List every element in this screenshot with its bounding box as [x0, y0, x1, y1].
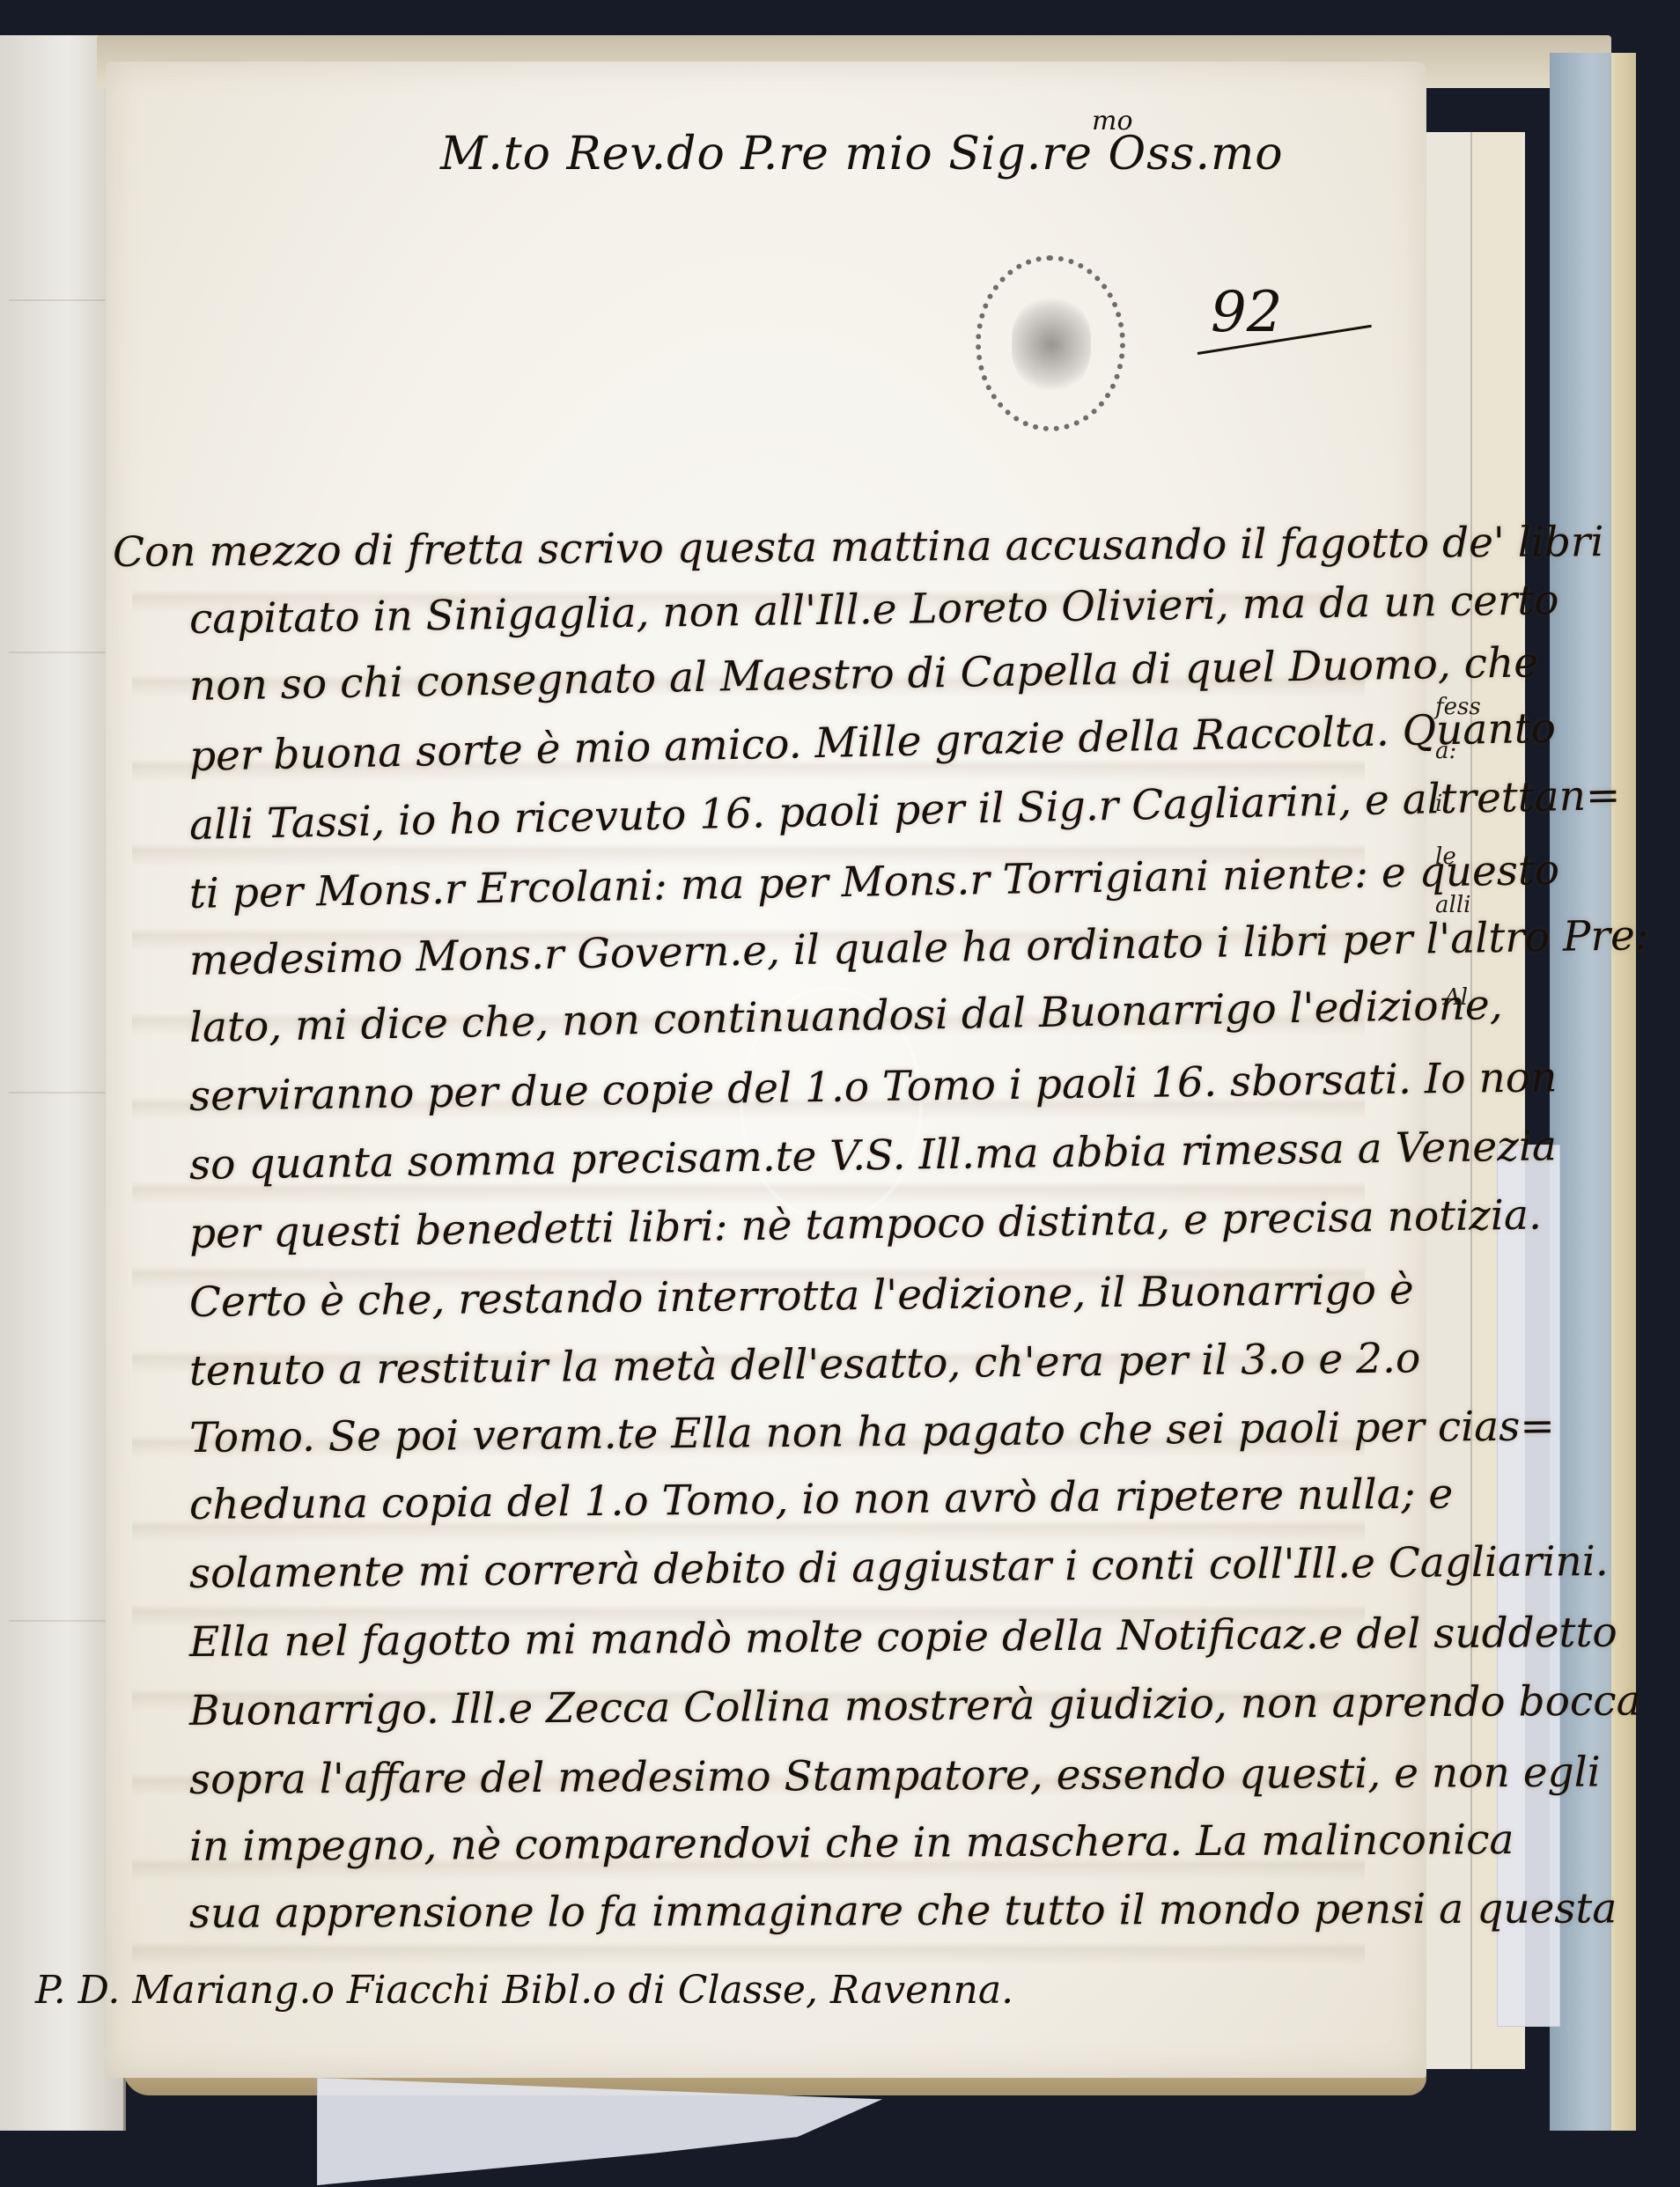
page-line	[9, 299, 114, 301]
margin-fragment: alli	[1435, 894, 1470, 917]
body-line: in impegno, nè comparendovi che in masch…	[189, 1815, 1514, 1871]
manuscript-photo: e: e fess a: il le alli ue: e Al M.to Re…	[0, 0, 1680, 2187]
body-line: Buonarrigo. Ill.e Zecca Collina mostrerà…	[189, 1676, 1641, 1735]
page-line	[9, 1620, 114, 1622]
body-line: Ella nel fagotto mi mandò molte copie de…	[189, 1609, 1617, 1667]
stamp-center	[1012, 296, 1091, 393]
book-board-edge	[1611, 53, 1636, 2131]
salutation: M.to Rev.do P.re mio Sig.re Oss.mo	[440, 128, 1284, 180]
body-line: sua apprensione lo fa immaginare che tut…	[189, 1884, 1617, 1938]
archive-stamp-icon	[976, 255, 1125, 431]
body-line: sopra l'affare del medesimo Stampatore, …	[189, 1749, 1601, 1804]
page-line	[9, 1092, 114, 1093]
page-line	[9, 652, 114, 653]
addressee-line: P. D. Mariang.o Fiacchi Bibl.o di Classe…	[35, 1968, 1013, 2013]
salutation-superscript: mo	[1092, 106, 1133, 136]
folio-number: 92	[1211, 280, 1282, 345]
